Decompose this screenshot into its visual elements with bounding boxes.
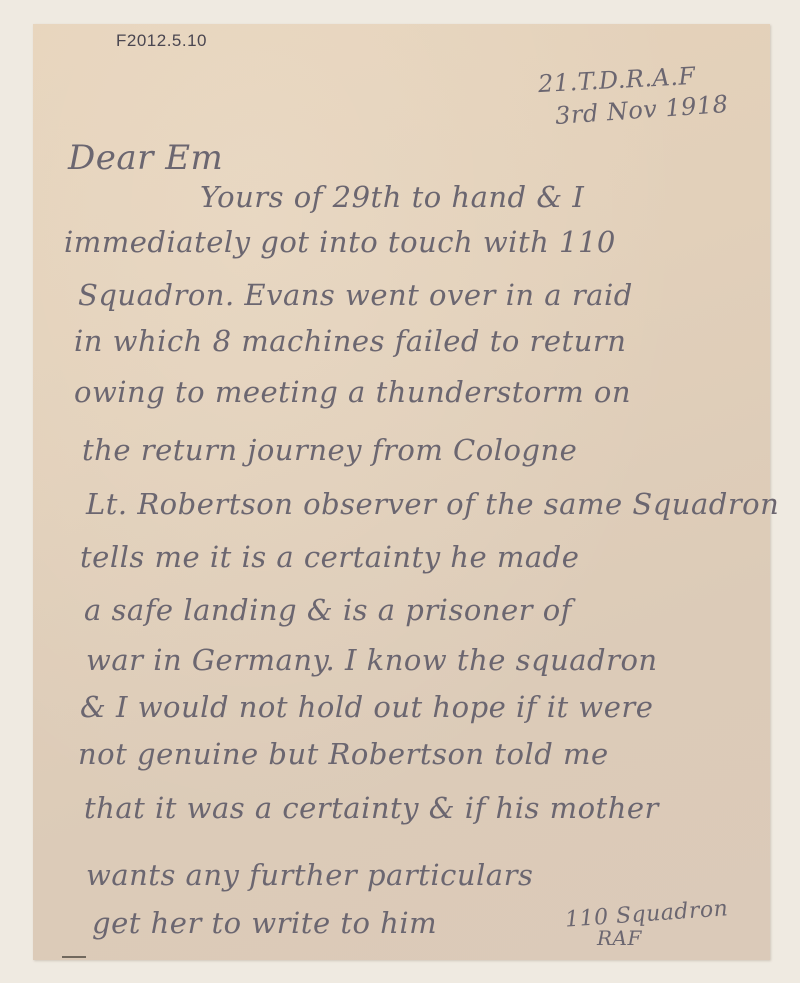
body-line: Squadron. Evans went over in a raid [78, 278, 633, 312]
body-line: Lt. Robertson observer of the same Squad… [86, 487, 779, 521]
body-line: in which 8 machines failed to return [74, 324, 626, 358]
salutation: Dear Em [68, 138, 223, 178]
body-line: war in Germany. I know the squadron [86, 643, 658, 677]
body-line: Yours of 29th to hand & I [200, 180, 584, 214]
body-line: the return journey from Cologne [82, 433, 577, 467]
body-line: get her to write to him [92, 906, 437, 940]
body-line: owing to meeting a thunderstorm on [74, 375, 631, 409]
body-line: that it was a certainty & if his mother [84, 791, 659, 825]
ink-smudge [62, 956, 86, 958]
body-line: & I would not hold out hope if it were [80, 690, 653, 724]
body-line: wants any further particulars [86, 858, 533, 892]
body-line: tells me it is a certainty he made [80, 540, 579, 574]
accession-number: F2012.5.10 [116, 31, 207, 51]
body-line: a safe landing & is a prisoner of [84, 593, 572, 627]
body-line: not genuine but Robertson told me [78, 737, 609, 771]
body-line: immediately got into touch with 110 [64, 225, 616, 259]
closing-unit: RAF [597, 926, 642, 950]
